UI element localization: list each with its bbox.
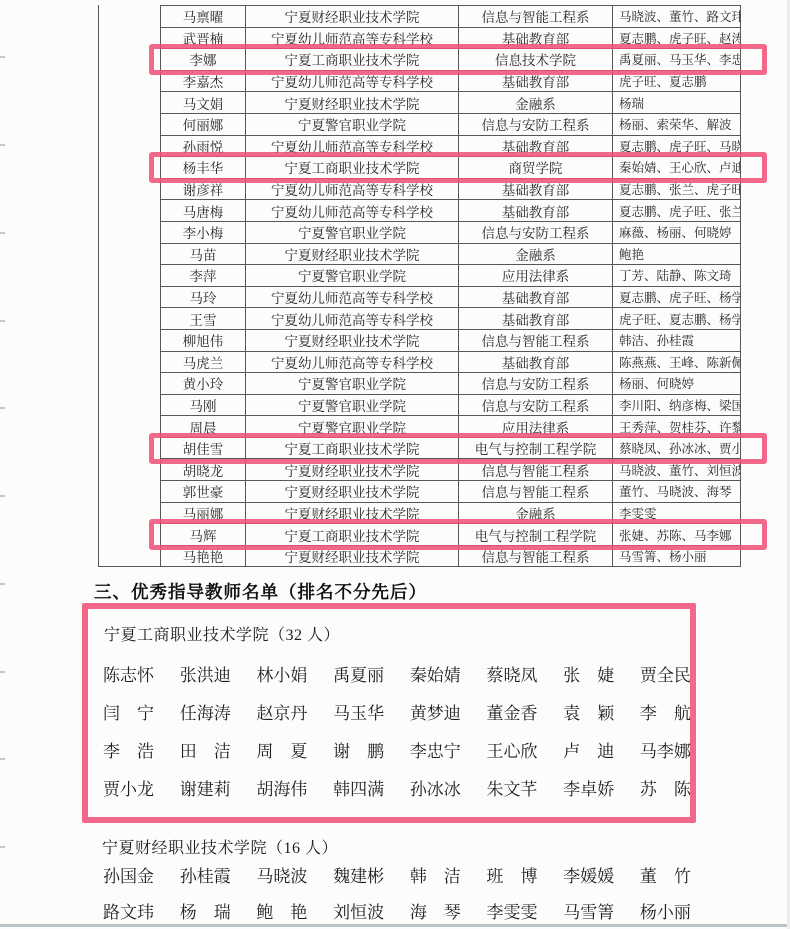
scan-mark <box>0 846 5 848</box>
cell-institution: 宁夏幼儿师范高等专科学校 <box>246 178 459 200</box>
cell-institution: 宁夏财经职业技术学院 <box>246 502 459 524</box>
teacher-name: 孙桂霞 <box>180 862 231 882</box>
teacher-name: 田 洁 <box>180 737 231 757</box>
teacher-name: 闫 宁 <box>103 699 154 719</box>
cell-department: 基础教育部 <box>459 135 613 157</box>
cell-advisors: 张婕、苏陈、马李娜 <box>613 524 741 546</box>
results-table: 马禀曜宁夏财经职业技术学院信息与智能工程系马晓波、董竹、路文玮武晋楠宁夏幼儿师范… <box>160 5 741 567</box>
teacher-name: 杨 瑞 <box>180 898 231 918</box>
group-name-row: 李 浩田 洁周 夏谢 鹏李忠宁王心欣卢 迪马李娜 <box>103 737 691 757</box>
table-row: 谢彦祥宁夏幼儿师范高等专科学校基础教育部夏志鹏、张兰、虎子旺 <box>161 178 741 200</box>
table-row: 胡晓龙宁夏财经职业技术学院信息与智能工程系马晓波、董竹、刘恒波 <box>161 459 741 481</box>
cell-advisors: 陈燕燕、王峰、陈新佩 <box>613 351 741 373</box>
cell-institution: 宁夏工商职业技术学院 <box>246 437 459 459</box>
teacher-name: 李 航 <box>640 699 691 719</box>
cell-department: 电气与控制工程学院 <box>459 524 613 546</box>
table-row: 马玲宁夏幼儿师范高等专科学校基础教育部夏志鹏、虎子旺、杨学林 <box>161 286 741 308</box>
cell-department: 金融系 <box>459 502 613 524</box>
teacher-name: 董金香 <box>487 699 538 719</box>
cell-department: 信息与安防工程系 <box>459 394 613 416</box>
teacher-name: 刘恒波 <box>333 898 384 918</box>
table-outer-bottom-border <box>98 566 161 567</box>
cell-institution: 宁夏幼儿师范高等专科学校 <box>246 27 459 49</box>
teacher-name: 苏 陈 <box>640 775 691 795</box>
group-name-row: 路文玮杨 瑞鲍 艳刘恒波海 琴李雯雯马雪箐杨小丽 <box>103 898 691 918</box>
teacher-name: 韩 洁 <box>410 862 461 882</box>
teacher-name: 杨小丽 <box>640 898 691 918</box>
cell-department: 商贸学院 <box>459 157 613 179</box>
cell-student: 王雪 <box>161 308 246 330</box>
cell-department: 金融系 <box>459 92 613 114</box>
scan-mark <box>0 671 5 673</box>
cell-department: 信息与智能工程系 <box>459 545 613 567</box>
teacher-name: 韩四满 <box>333 775 384 795</box>
cell-institution: 宁夏财经职业技术学院 <box>246 92 459 114</box>
cell-student: 李萍 <box>161 265 246 287</box>
group-title: 宁夏工商职业技术学院（32 人） <box>104 622 340 645</box>
table-row: 李嘉杰宁夏幼儿师范高等专科学校基础教育部虎子旺、夏志鹏 <box>161 70 741 92</box>
table-row: 马丽娜宁夏财经职业技术学院金融系李雯雯 <box>161 502 741 524</box>
cell-institution: 宁夏财经职业技术学院 <box>246 481 459 503</box>
cell-institution: 宁夏工商职业技术学院 <box>246 157 459 179</box>
cell-advisors: 韩洁、孙桂霞 <box>613 329 741 351</box>
scan-mark <box>0 56 5 58</box>
teacher-name: 马李娜 <box>640 737 691 757</box>
cell-student: 胡晓龙 <box>161 459 246 481</box>
table-row: 胡佳雪宁夏工商职业技术学院电气与控制工程学院蔡晓凤、孙冰冰、贾小龙 <box>161 437 741 459</box>
cell-department: 信息与智能工程系 <box>459 6 613 28</box>
cell-department: 基础教育部 <box>459 351 613 373</box>
teacher-name: 张洪迪 <box>180 661 231 681</box>
table-row: 杨丰华宁夏工商职业技术学院商贸学院秦始婧、王心欣、卢迪 <box>161 157 741 179</box>
cell-department: 信息与智能工程系 <box>459 481 613 503</box>
teacher-name: 董 竹 <box>640 862 691 882</box>
cell-student: 马虎兰 <box>161 351 246 373</box>
cell-department: 信息与安防工程系 <box>459 113 613 135</box>
teacher-name: 陈志怀 <box>103 661 154 681</box>
cell-department: 信息与智能工程系 <box>459 459 613 481</box>
cell-advisors: 杨丽、何晓婷 <box>613 373 741 395</box>
group-name-row: 陈志怀张洪迪林小娟禹夏丽秦始婧蔡晓凤张 婕贾全民 <box>103 661 691 681</box>
cell-advisors: 丁芳、陆静、陈文琦 <box>613 265 741 287</box>
cell-advisors: 夏志鹏、虎子旺、张兰 <box>613 200 741 222</box>
cell-department: 基础教育部 <box>459 178 613 200</box>
cell-advisors: 李川阳、纳彦梅、梁国辉 <box>613 394 741 416</box>
cell-institution: 宁夏幼儿师范高等专科学校 <box>246 286 459 308</box>
scan-mark <box>0 144 5 146</box>
cell-institution: 宁夏警官职业学院 <box>246 113 459 135</box>
group-name-row: 孙国金孙桂霞马晓波魏建彬韩 洁班 博李媛媛董 竹 <box>103 862 691 882</box>
cell-department: 信息与智能工程系 <box>459 329 613 351</box>
cell-student: 郭世豪 <box>161 481 246 503</box>
teacher-name: 胡海伟 <box>256 775 307 795</box>
cell-institution: 宁夏警官职业学院 <box>246 265 459 287</box>
table-row: 马辉宁夏工商职业技术学院电气与控制工程学院张婕、苏陈、马李娜 <box>161 524 741 546</box>
group-name-row: 闫 宁任海涛赵京丹马玉华黄梦迪董金香袁 颖李 航 <box>103 699 691 719</box>
table-row: 李娜宁夏工商职业技术学院信息技术学院禹夏丽、马玉华、李忠宁 <box>161 49 741 71</box>
teacher-name: 禹夏丽 <box>333 661 384 681</box>
cell-student: 孙雨悦 <box>161 135 246 157</box>
cell-institution: 宁夏警官职业学院 <box>246 416 459 438</box>
cell-advisors: 李雯雯 <box>613 502 741 524</box>
cell-department: 应用法律系 <box>459 265 613 287</box>
cell-advisors: 杨瑞 <box>613 92 741 114</box>
cell-institution: 宁夏工商职业技术学院 <box>246 49 459 71</box>
teacher-name: 贾全民 <box>640 661 691 681</box>
cell-advisors: 禹夏丽、马玉华、李忠宁 <box>613 49 741 71</box>
cell-advisors: 马雪箐、杨小丽 <box>613 545 741 567</box>
teacher-name: 赵京丹 <box>256 699 307 719</box>
cell-advisors: 董竹、马晓波、海琴 <box>613 481 741 503</box>
cell-advisors: 夏志鹏、虎子旺、杨学林 <box>613 286 741 308</box>
table-row: 马艳艳宁夏财经职业技术学院信息与智能工程系马雪箐、杨小丽 <box>161 545 741 567</box>
teacher-name: 秦始婧 <box>410 661 461 681</box>
cell-student: 胡佳雪 <box>161 437 246 459</box>
cell-institution: 宁夏幼儿师范高等专科学校 <box>246 135 459 157</box>
group-name-row: 贾小龙谢建莉胡海伟韩四满孙冰冰朱文芊李卓娇苏 陈 <box>103 775 691 795</box>
table-row: 马虎兰宁夏幼儿师范高等专科学校基础教育部陈燕燕、王峰、陈新佩 <box>161 351 741 373</box>
teacher-name: 王心欣 <box>487 737 538 757</box>
cell-student: 马苗 <box>161 243 246 265</box>
teacher-name: 魏建彬 <box>333 862 384 882</box>
teacher-name: 贾小龙 <box>103 775 154 795</box>
cell-student: 谢彦祥 <box>161 178 246 200</box>
cell-institution: 宁夏幼儿师范高等专科学校 <box>246 70 459 92</box>
cell-institution: 宁夏幼儿师范高等专科学校 <box>246 308 459 330</box>
table-row: 马苗宁夏财经职业技术学院金融系鲍艳 <box>161 243 741 265</box>
cell-advisors: 虎子旺、夏志鹏 <box>613 70 741 92</box>
teacher-name: 孙国金 <box>103 862 154 882</box>
cell-student: 马丽娜 <box>161 502 246 524</box>
cell-institution: 宁夏财经职业技术学院 <box>246 459 459 481</box>
cell-department: 金融系 <box>459 243 613 265</box>
cell-student: 马唐梅 <box>161 200 246 222</box>
cell-student: 马玲 <box>161 286 246 308</box>
cell-advisors: 马晓波、董竹、路文玮 <box>613 6 741 28</box>
cell-advisors: 杨丽、索荣华、解波 <box>613 113 741 135</box>
cell-student: 马艳艳 <box>161 545 246 567</box>
results-table-body: 马禀曜宁夏财经职业技术学院信息与智能工程系马晓波、董竹、路文玮武晋楠宁夏幼儿师范… <box>161 6 741 567</box>
cell-institution: 宁夏工商职业技术学院 <box>246 524 459 546</box>
table-row: 何丽娜宁夏警官职业学院信息与安防工程系杨丽、索荣华、解波 <box>161 113 741 135</box>
table-row: 郭世豪宁夏财经职业技术学院信息与智能工程系董竹、马晓波、海琴 <box>161 481 741 503</box>
table-row: 李萍宁夏警官职业学院应用法律系丁芳、陆静、陈文琦 <box>161 265 741 287</box>
cell-student: 李嘉杰 <box>161 70 246 92</box>
cell-student: 马刚 <box>161 394 246 416</box>
cell-institution: 宁夏幼儿师范高等专科学校 <box>246 351 459 373</box>
teacher-name: 蔡晓凤 <box>487 661 538 681</box>
teacher-name: 孙冰冰 <box>410 775 461 795</box>
table-row: 马唐梅宁夏幼儿师范高等专科学校基础教育部夏志鹏、虎子旺、张兰 <box>161 200 741 222</box>
cell-institution: 宁夏财经职业技术学院 <box>246 243 459 265</box>
teacher-name: 班 博 <box>487 862 538 882</box>
teacher-name: 海 琴 <box>410 898 461 918</box>
cell-student: 周晨 <box>161 416 246 438</box>
group-title: 宁夏财经职业技术学院（16 人） <box>102 835 338 858</box>
cell-advisors: 麻薇、杨丽、何晓婷 <box>613 221 741 243</box>
cell-department: 信息技术学院 <box>459 49 613 71</box>
teacher-name: 谢 鹏 <box>333 737 384 757</box>
cell-student: 李小梅 <box>161 221 246 243</box>
scan-mark <box>0 758 5 760</box>
cell-student: 柳旭伟 <box>161 329 246 351</box>
table-row: 孙雨悦宁夏幼儿师范高等专科学校基础教育部夏志鹏、虎子旺、马晓春 <box>161 135 741 157</box>
table-row: 黄小玲宁夏警官职业学院信息与安防工程系杨丽、何晓婷 <box>161 373 741 395</box>
cell-student: 马文娟 <box>161 92 246 114</box>
teacher-name: 马晓波 <box>256 862 307 882</box>
teacher-name: 李忠宁 <box>410 737 461 757</box>
cell-advisors: 夏志鹏、虎子旺、马晓春 <box>613 135 741 157</box>
cell-student: 黄小玲 <box>161 373 246 395</box>
scan-mark <box>0 232 5 234</box>
cell-advisors: 马晓波、董竹、刘恒波 <box>613 459 741 481</box>
cell-department: 应用法律系 <box>459 416 613 438</box>
cell-institution: 宁夏财经职业技术学院 <box>246 329 459 351</box>
scan-mark <box>0 407 5 409</box>
cell-institution: 宁夏警官职业学院 <box>246 373 459 395</box>
cell-advisors: 虎子旺、夏志鹏、杨学林 <box>613 308 741 330</box>
teacher-name: 周 夏 <box>256 737 307 757</box>
table-row: 武晋楠宁夏幼儿师范高等专科学校基础教育部夏志鹏、虎子旺、赵涛 <box>161 27 741 49</box>
table-row: 周晨宁夏警官职业学院应用法律系王秀萍、贺桂芬、许黎黎 <box>161 416 741 438</box>
cell-student: 何丽娜 <box>161 113 246 135</box>
teacher-name: 袁 颖 <box>563 699 614 719</box>
table-row: 马文娟宁夏财经职业技术学院金融系杨瑞 <box>161 92 741 114</box>
teacher-name: 马雪箐 <box>563 898 614 918</box>
cell-advisors: 秦始婧、王心欣、卢迪 <box>613 157 741 179</box>
cell-institution: 宁夏警官职业学院 <box>246 394 459 416</box>
teacher-name: 鲍 艳 <box>256 898 307 918</box>
scanned-document-page: 马禀曜宁夏财经职业技术学院信息与智能工程系马晓波、董竹、路文玮武晋楠宁夏幼儿师范… <box>0 0 790 929</box>
cell-student: 武晋楠 <box>161 27 246 49</box>
cell-advisors: 鲍艳 <box>613 243 741 265</box>
table-row: 马刚宁夏警官职业学院信息与安防工程系李川阳、纳彦梅、梁国辉 <box>161 394 741 416</box>
cell-student: 马禀曜 <box>161 6 246 28</box>
cell-department: 信息与安防工程系 <box>459 373 613 395</box>
page-bottom-edge <box>0 924 790 927</box>
teacher-name: 朱文芊 <box>487 775 538 795</box>
cell-department: 基础教育部 <box>459 200 613 222</box>
cell-student: 李娜 <box>161 49 246 71</box>
teacher-name: 李卓娇 <box>563 775 614 795</box>
cell-student: 马辉 <box>161 524 246 546</box>
table-outer-left-border <box>98 5 99 567</box>
cell-institution: 宁夏幼儿师范高等专科学校 <box>246 200 459 222</box>
table-row: 李小梅宁夏警官职业学院信息与安防工程系麻薇、杨丽、何晓婷 <box>161 221 741 243</box>
teacher-name: 谢建莉 <box>180 775 231 795</box>
scan-mark <box>0 320 5 322</box>
cell-institution: 宁夏警官职业学院 <box>246 221 459 243</box>
scan-mark <box>0 495 5 497</box>
teacher-name: 林小娟 <box>256 661 307 681</box>
teacher-name: 路文玮 <box>103 898 154 918</box>
teacher-name: 李 浩 <box>103 737 154 757</box>
scan-mark <box>0 583 5 585</box>
teacher-name: 卢 迪 <box>563 737 614 757</box>
cell-advisors: 夏志鹏、虎子旺、赵涛 <box>613 27 741 49</box>
cell-advisors: 蔡晓凤、孙冰冰、贾小龙 <box>613 437 741 459</box>
table-row: 王雪宁夏幼儿师范高等专科学校基础教育部虎子旺、夏志鹏、杨学林 <box>161 308 741 330</box>
cell-advisors: 王秀萍、贺桂芬、许黎黎 <box>613 416 741 438</box>
cell-department: 基础教育部 <box>459 286 613 308</box>
teacher-name: 马玉华 <box>333 699 384 719</box>
table-row: 柳旭伟宁夏财经职业技术学院信息与智能工程系韩洁、孙桂霞 <box>161 329 741 351</box>
teacher-name: 张 婕 <box>563 661 614 681</box>
section-heading: 三、优秀指导教师名单（排名不分先后） <box>94 579 427 604</box>
cell-institution: 宁夏财经职业技术学院 <box>246 545 459 567</box>
cell-department: 基础教育部 <box>459 27 613 49</box>
cell-advisors: 夏志鹏、张兰、虎子旺 <box>613 178 741 200</box>
cell-department: 电气与控制工程学院 <box>459 437 613 459</box>
cell-department: 基础教育部 <box>459 70 613 92</box>
teacher-name: 黄梦迪 <box>410 699 461 719</box>
cell-student: 杨丰华 <box>161 157 246 179</box>
teacher-name: 李媛媛 <box>563 862 614 882</box>
cell-department: 信息与安防工程系 <box>459 221 613 243</box>
teacher-name: 任海涛 <box>180 699 231 719</box>
table-row: 马禀曜宁夏财经职业技术学院信息与智能工程系马晓波、董竹、路文玮 <box>161 6 741 28</box>
cell-department: 基础教育部 <box>459 308 613 330</box>
teacher-name: 李雯雯 <box>487 898 538 918</box>
cell-institution: 宁夏财经职业技术学院 <box>246 6 459 28</box>
